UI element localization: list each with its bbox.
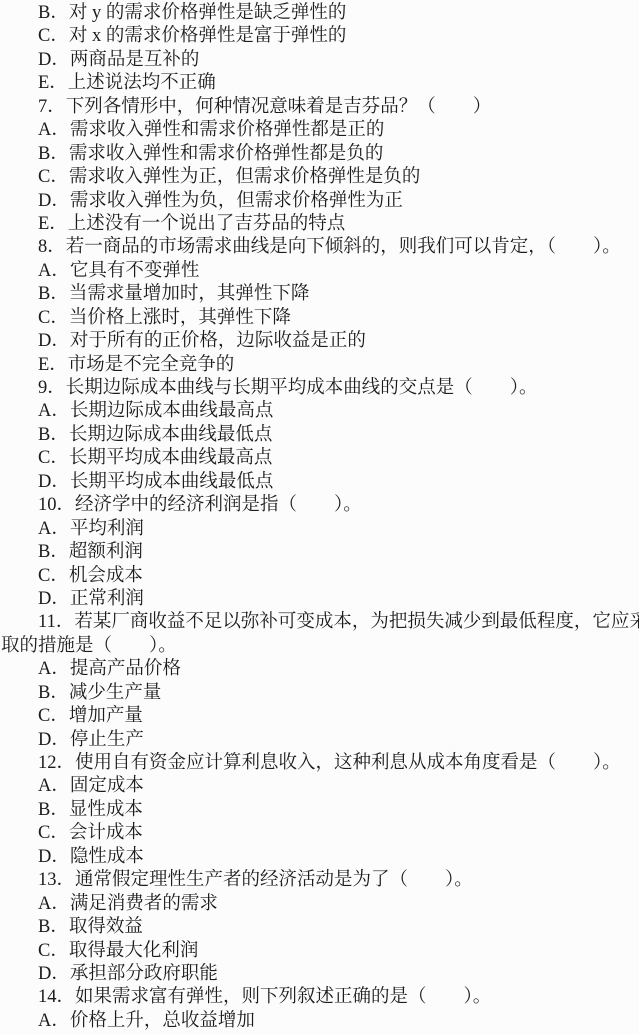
option-line: D．停止生产 (0, 729, 639, 752)
option-line: B．当需求量增加时，其弹性下降 (0, 283, 639, 306)
option-line: A．它具有不变弹性 (0, 260, 639, 283)
question-continuation-line: 取的措施是（ ）。 (0, 635, 639, 658)
option-line: B．需求收入弹性和需求价格弹性都是负的 (0, 143, 639, 166)
option-line: D．对于所有的正价格，边际收益是正的 (0, 330, 639, 353)
option-line: A．平均利润 (0, 518, 639, 541)
option-line: B．长期边际成本曲线最低点 (0, 424, 639, 447)
option-line: C．会计成本 (0, 822, 639, 845)
question-line: 8．若一商品的市场需求曲线是向下倾斜的，则我们可以肯定，（ ）。 (0, 236, 639, 259)
option-line: C．取得最大化利润 (0, 940, 639, 963)
question-line: 13．通常假定理性生产者的经济活动是为了（ ）。 (0, 869, 639, 892)
option-line: B．减少生产量 (0, 682, 639, 705)
document-page: B．对 y 的需求价格弹性是缺乏弹性的 C．对 x 的需求价格弹性是富于弹性的 … (0, 0, 639, 1035)
option-line: D．需求收入弹性为负，但需求价格弹性为正 (0, 190, 639, 213)
option-line: A．固定成本 (0, 775, 639, 798)
option-line: A．需求收入弹性和需求价格弹性都是正的 (0, 119, 639, 142)
question-line: 9．长期边际成本曲线与长期平均成本曲线的交点是（ ）。 (0, 377, 639, 400)
option-line: D．隐性成本 (0, 846, 639, 869)
option-line: D．长期平均成本曲线最低点 (0, 471, 639, 494)
option-line: B．取得效益 (0, 916, 639, 939)
option-line: E．上述说法均不正确 (0, 72, 639, 95)
option-line: B．显性成本 (0, 799, 639, 822)
option-line: D．正常利润 (0, 588, 639, 611)
option-line: E．市场是不完全竞争的 (0, 354, 639, 377)
option-line: A．满足消费者的需求 (0, 893, 639, 916)
option-line: A．长期边际成本曲线最高点 (0, 400, 639, 423)
option-line: B．对 y 的需求价格弹性是缺乏弹性的 (0, 2, 639, 25)
option-line: C．机会成本 (0, 565, 639, 588)
option-line: A．提高产品价格 (0, 658, 639, 681)
question-line: 11．若某厂商收益不足以弥补可变成本，为把损失减少到最低程度，它应采 (0, 611, 639, 634)
option-line: A．价格上升，总收益增加 (0, 1010, 639, 1033)
option-line: C．需求收入弹性为正，但需求价格弹性是负的 (0, 166, 639, 189)
question-line: 7．下列各情形中，何种情况意味着是吉芬品？（ ） (0, 96, 639, 119)
option-line: C．长期平均成本曲线最高点 (0, 447, 639, 470)
question-line: 14．如果需求富有弹性，则下列叙述正确的是（ ）。 (0, 986, 639, 1009)
option-line: E．上述没有一个说出了吉芬品的特点 (0, 213, 639, 236)
option-line: C．增加产量 (0, 705, 639, 728)
question-line: 12．使用自有资金应计算利息收入，这种利息从成本角度看是（ ）。 (0, 752, 639, 775)
option-line: C．对 x 的需求价格弹性是富于弹性的 (0, 25, 639, 48)
option-line: C．当价格上涨时，其弹性下降 (0, 307, 639, 330)
option-line: D．承担部分政府职能 (0, 963, 639, 986)
option-line: B．超额利润 (0, 541, 639, 564)
question-line: 10．经济学中的经济利润是指（ ）。 (0, 494, 639, 517)
option-line: D．两商品是互补的 (0, 49, 639, 72)
